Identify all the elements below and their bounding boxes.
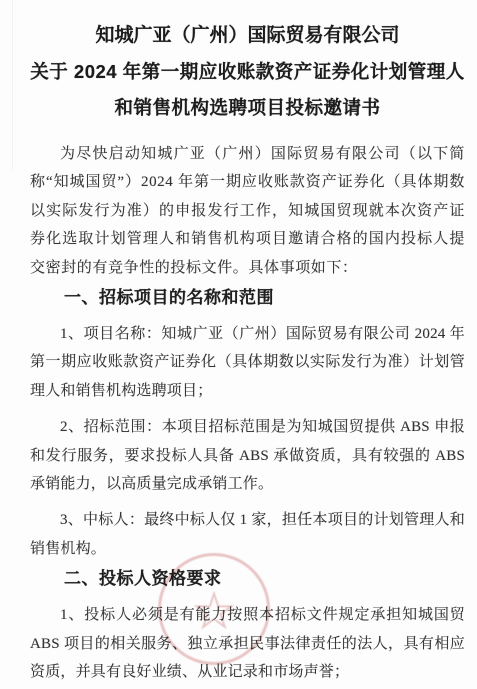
paragraph: 2、招标范围：本项目招标范围是为知城国贸提供 ABS 申报和发行服务，要求投标人…: [30, 413, 465, 498]
paragraph: 1、项目名称：知城广亚（广州）国际贸易有限公司 2024 年第一期应收账款资产证…: [30, 320, 465, 405]
paragraph: 3、中标人：最终中标人仅 1 家，担任本项目的计划管理人和销售机构。: [30, 506, 465, 563]
document-content: 知城广亚（广州）国际贸易有限公司 关于 2024 年第一期应收账款资产证券化计划…: [0, 0, 477, 687]
section-2-heading: 二、投标人资格要求: [30, 565, 465, 593]
document-title: 知城广亚（广州）国际贸易有限公司 关于 2024 年第一期应收账款资产证券化计划…: [30, 18, 465, 126]
section-1-heading: 一、招标项目的名称和范围: [30, 284, 465, 312]
document-title-line-3: 和销售机构选聘项目投标邀请书: [30, 90, 465, 126]
document-title-line-2: 关于 2024 年第一期应收账款资产证券化计划管理人: [30, 54, 465, 90]
intro-paragraph: 为尽快启动知城广亚（广州）国际贸易有限公司（以下简称“知城国贸”）2024 年第…: [30, 140, 465, 282]
paragraph: 1、投标人必须是有能力按照本招标文件规定承担知城国贸 ABS 项目的相关服务、独…: [30, 601, 465, 686]
document-page: 知城广亚（广州）国际贸易有限公司 关于 2024 年第一期应收账款资产证券化计划…: [0, 0, 477, 689]
company-name: 知城广亚（广州）国际贸易有限公司: [30, 18, 465, 54]
